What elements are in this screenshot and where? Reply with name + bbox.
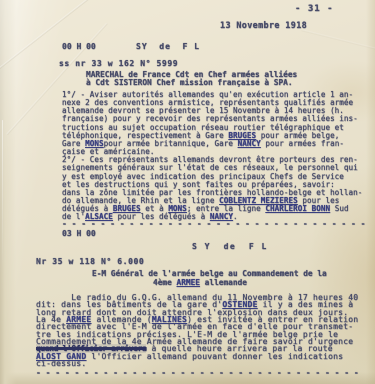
dashed-separator: - - - - - - - - - - - - - - - - - - - - …: [36, 368, 359, 377]
text-segment: pour armées fran-: [261, 139, 344, 148]
text-line: ci-dessus.: [36, 360, 358, 367]
message2-reference-number: Nr 35 w 118 N° 6.000: [36, 257, 144, 266]
text-segment: 4ème: [92, 278, 177, 287]
message2-callsign: S Y de F L: [192, 242, 268, 251]
text-segment: ci-dessus.: [36, 359, 86, 368]
text-line: 4ème ARMEE allemande: [92, 279, 327, 288]
dashed-separator: - - - - - - - - - - - - - - - - - - - - …: [62, 219, 365, 228]
text-segment: allemande: [200, 278, 247, 287]
message1-time: 00 H 00: [62, 42, 96, 51]
underlined-place-name: NANCY: [238, 139, 261, 148]
underlined-place-name: ARMEE: [177, 278, 200, 287]
message1-callsign: SY de F L: [136, 42, 200, 51]
text-segment: l'Officier allemand pouvant donner les i…: [86, 352, 343, 361]
message1-reference-number: ss nr 33 w 162 N° 5999: [59, 59, 178, 68]
paper-crease: [301, 29, 375, 53]
message1-body: 1°/ - Aviser autorités allemandes qu'en …: [62, 91, 362, 222]
document-date: 13 Novembre 1918: [220, 20, 307, 30]
message2-body: Le radio du G.Q.G. allemand du 11 Novemb…: [36, 294, 358, 367]
text-segment: Sud: [330, 204, 349, 213]
page-number: - 31 -: [295, 4, 334, 14]
message2-addressee: E-M Général de l'armée belge au Commande…: [92, 270, 327, 287]
text-line: à Cdt SISTERON Chef mission française à …: [86, 79, 297, 87]
underlined-place-name: CHARLEROI BONN: [265, 204, 330, 213]
paper-crease: [2, 120, 3, 270]
text-segment: à Cdt SISTERON Chef mission française à …: [86, 78, 293, 87]
scanned-telegram-page: - 31 - 13 Novembre 1918 00 H 00 SY de F …: [0, 0, 375, 384]
message2-time: 03 H 00: [62, 229, 96, 238]
message1-addressee: MARECHAL de France Cdt en Chef armées al…: [86, 71, 297, 88]
